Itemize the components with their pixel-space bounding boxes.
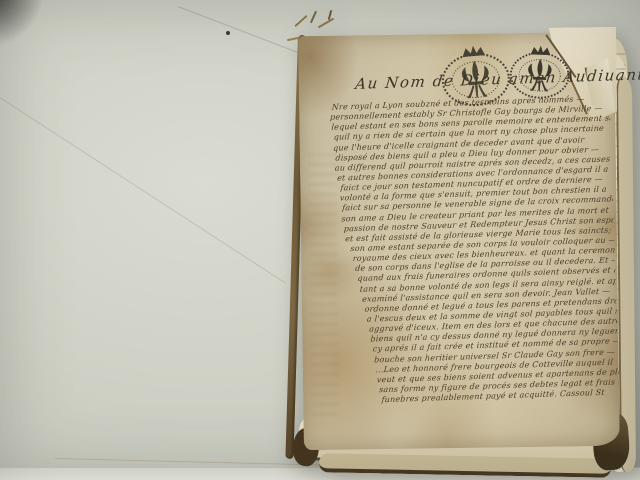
handwritten-text-block: Au Nom de Dieu amen Audiuant le Nre roya… [329,67,620,407]
dust-speck [226,31,230,35]
frayed-thread [294,15,307,27]
table-scratch [0,92,286,283]
manuscript-body: Nre royal a Lyon soubzné et des tesmoins… [330,94,620,407]
manuscript-page: Au Nom de Dieu amen Audiuant le Nre roya… [298,32,620,450]
frayed-thread [318,18,335,29]
manuscript-bundle: Au Nom de Dieu amen Audiuant le Nre roya… [291,24,638,462]
manuscript-heading: Au Nom de Dieu amen Audiuant le [354,66,610,97]
frayed-thread [310,11,317,24]
manuscript-photo: Au Nom de Dieu amen Audiuant le Nre roya… [0,0,640,480]
